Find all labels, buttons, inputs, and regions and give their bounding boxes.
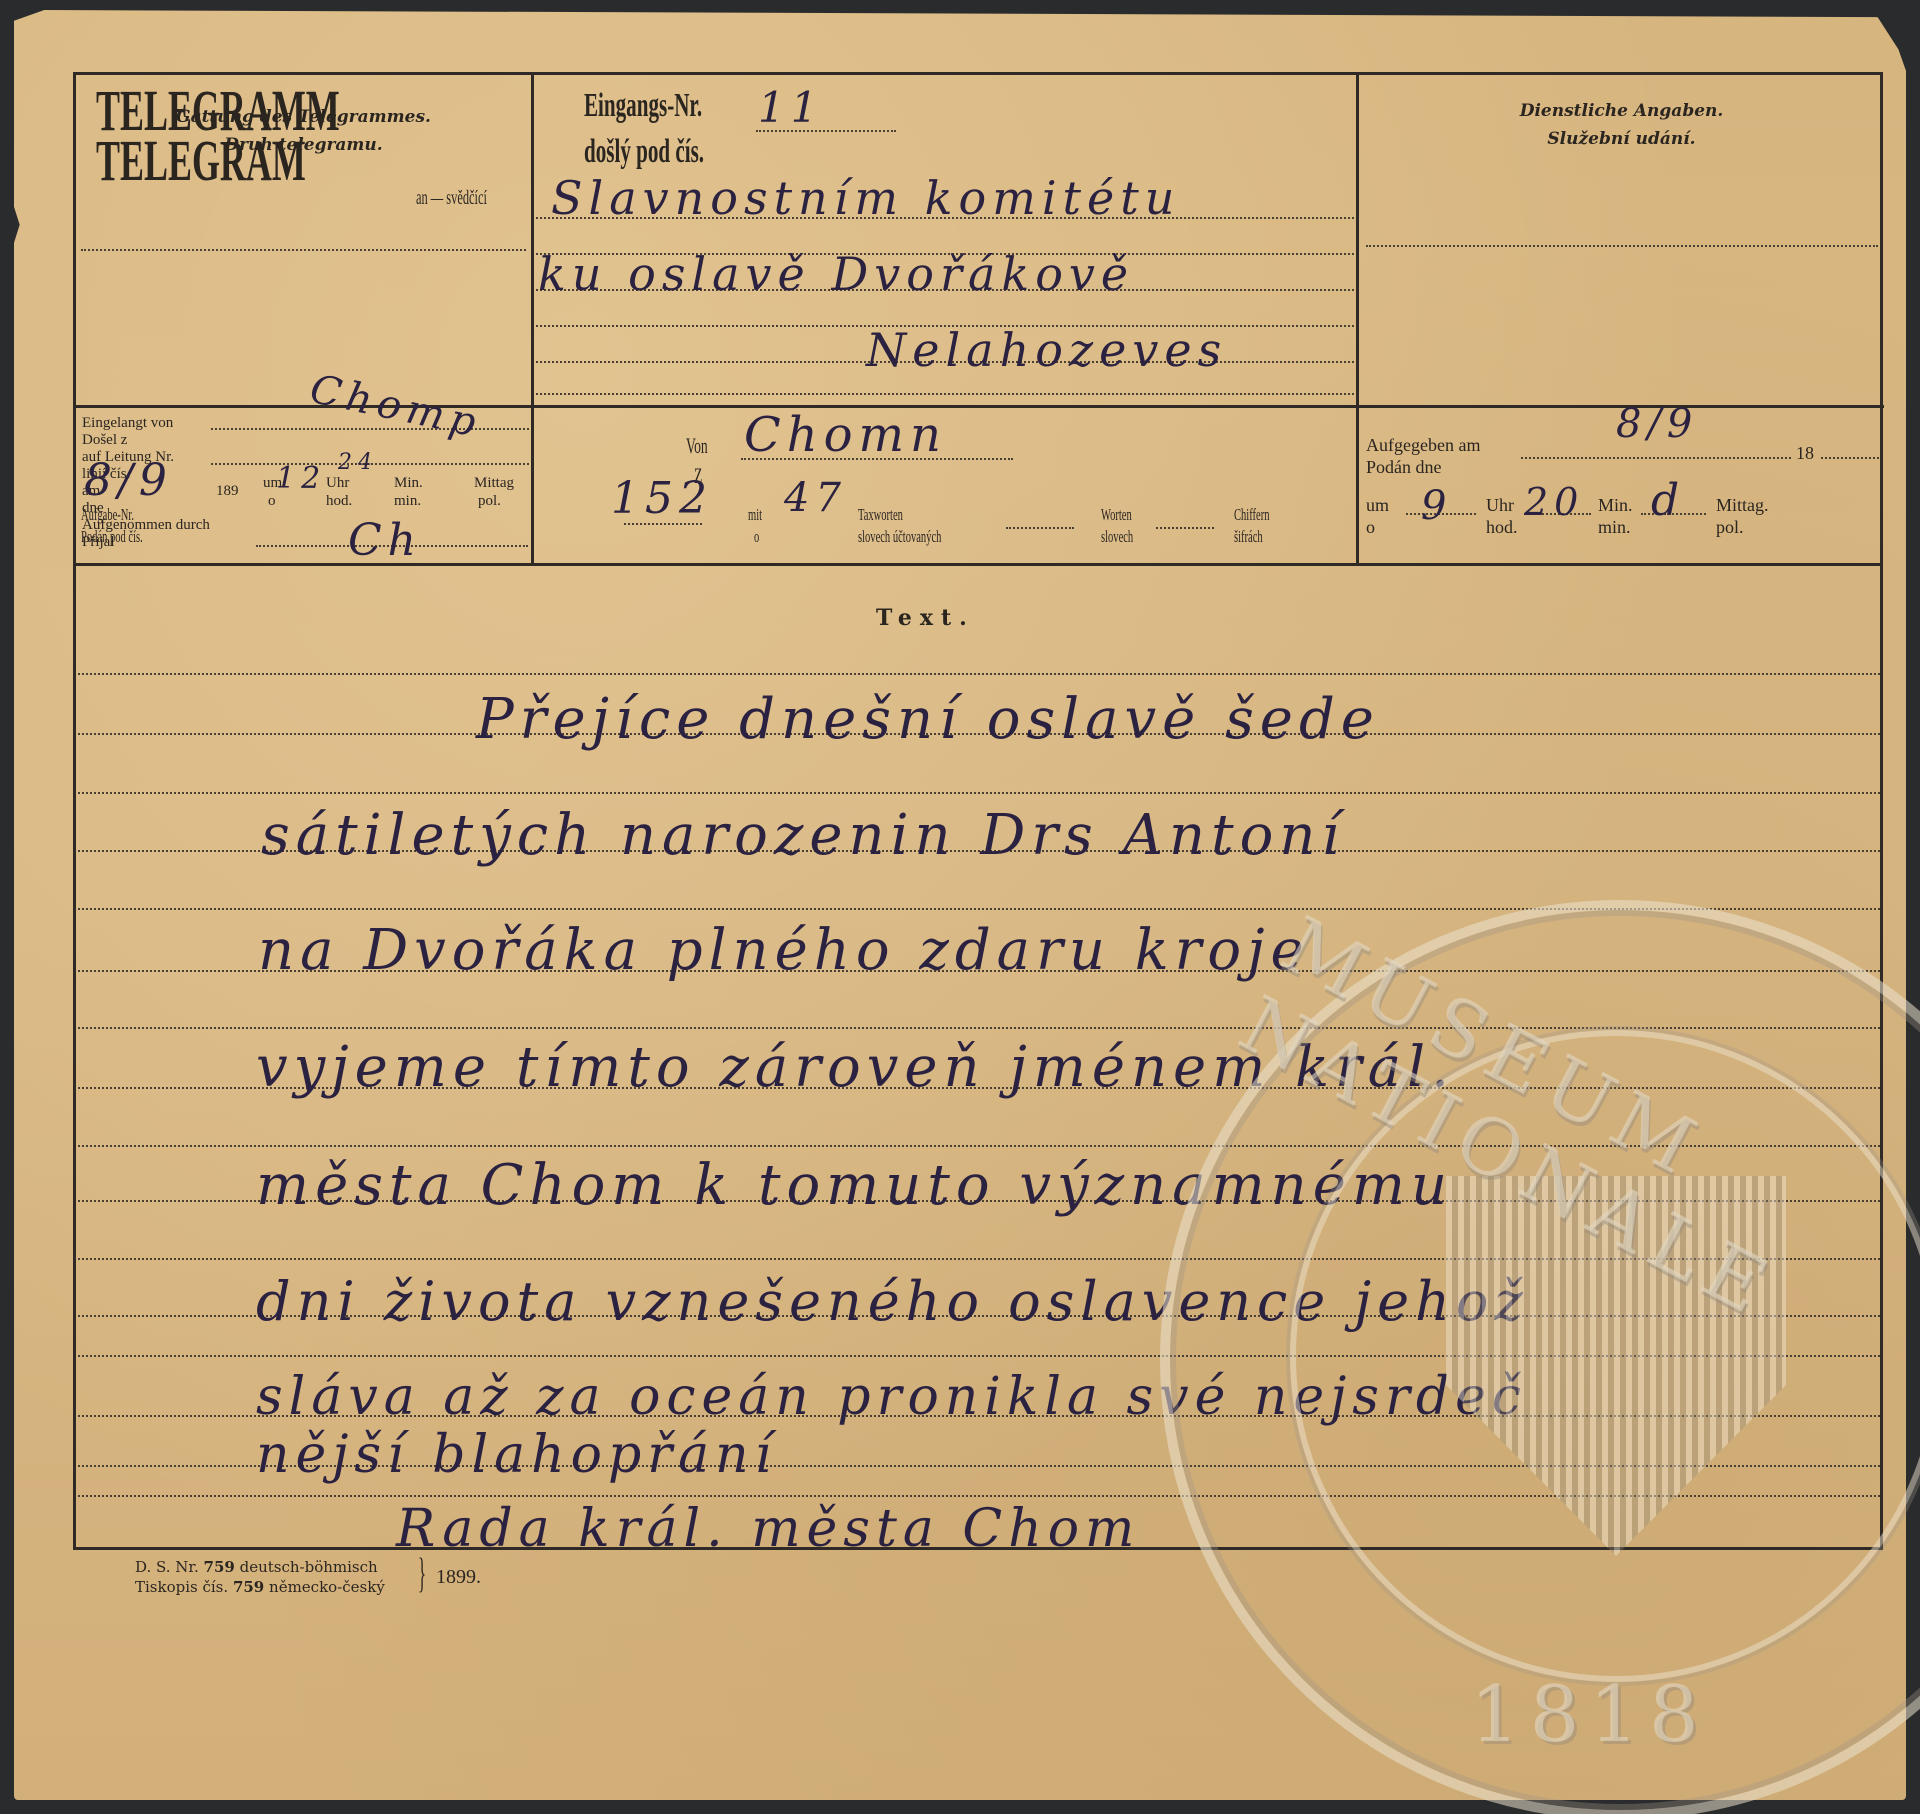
submitted-min-label-cs: min. [1598,517,1631,538]
received-noon-label-de: Mittag [474,475,514,492]
title-cs: TELEGRAM [96,127,306,194]
submitted-min-label-de: Min. [1598,495,1633,516]
text-rule-11 [78,1258,1880,1260]
rule-info-bottom [76,563,1881,566]
text-rule-7 [78,1027,1880,1029]
received-hour-label-cs: hod. [326,493,352,510]
origin-words-label-cs: slovech [1101,527,1133,547]
submitted-min-value[interactable]: 20 [1524,480,1584,524]
origin-number-value[interactable]: 152 [611,473,713,524]
submitted-time-label-cs: o [1366,517,1375,538]
footer-line-2: Tiskopis čís. 759 německo-český [135,1577,385,1597]
origin-tax-words-label-cs: slovech účtovaných [858,527,941,547]
entry-number-value[interactable]: 11 [758,83,823,132]
received-noon-label-cs: pol. [478,493,501,510]
received-min-label-de: Min. [394,475,423,492]
submitted-hour-value[interactable]: 9 [1421,483,1452,529]
submitted-noon-label-cs: pol. [1716,517,1744,538]
origin-cipher-label-de: Chiffern [1234,505,1270,525]
address-line-2[interactable]: ku oslavě Dvořákově [538,247,1134,301]
entry-number-label-cs: došlý pod čís. [584,133,704,171]
message-line-4[interactable]: vyjeme tímto zároveň jménem král. [256,1035,1455,1100]
received-min-label-cs: min. [394,493,421,510]
origin-cipher-label-cs: šifrách [1234,527,1263,547]
footer-line2-prefix: Tiskopis čís. [135,1578,228,1596]
right-header-de: Dienstliche Angaben. [1359,97,1884,125]
entry-number-dotline [756,130,896,132]
footer-line1-suffix: deutsch-böhmisch [240,1558,378,1576]
submitted-date-dotline [1521,457,1791,459]
origin-number-label-cs: Podán pod čís. [81,527,143,547]
origin-words-dotline [1006,527,1074,529]
submitted-time-label-de: um [1366,495,1389,516]
address-dotline-6 [536,393,1354,395]
received-time-label-cs: o [268,493,276,510]
received-hour-label-de: Uhr [326,475,349,492]
entry-number-label-de: Eingangs-Nr. [584,87,702,125]
received-date-value[interactable]: 8/9 [84,455,173,506]
received-hour-value[interactable]: 12 [276,461,326,496]
footer-line2-number: 759 [233,1578,264,1596]
message-line-7[interactable]: sláva až za oceán pronikla své nejsrdeč [256,1367,1527,1427]
text-rule-1 [78,673,1880,675]
received-min-value[interactable]: 24 [338,450,378,475]
origin-words-label-de: Worten [1101,505,1132,525]
text-rule-3 [78,792,1880,794]
origin-words-value[interactable]: 47 [784,475,847,521]
left-header-dotline [81,249,526,251]
footer-line1-prefix: D. S. Nr. [135,1558,199,1576]
origin-cipher-dotline [1156,527,1214,529]
footer-line2-suffix: německo-český [269,1578,385,1596]
text-rule-16 [78,1495,1880,1497]
text-rule-5 [78,908,1880,910]
origin-from-value[interactable]: Chomn [744,407,947,463]
received-from-label-de: Eingelangt von [82,415,210,432]
footer-line-1: D. S. Nr. 759 deutsch-böhmisch [135,1557,385,1577]
message-line-8[interactable]: nější blahopřání [256,1425,777,1485]
submitted-date-label-de: Aufgegeben am [1366,435,1480,456]
telegram-form: Gattung des Telegrammes. Druh telegramu.… [73,72,1883,1550]
origin-tax-words-label-de: Taxworten [858,505,903,525]
footer-year: 1899. [436,1566,481,1589]
submitted-date-value[interactable]: 8/9 [1616,401,1698,447]
right-header: Dienstliche Angaben. Služební udání. [1359,97,1884,153]
address-line-3[interactable]: Nelahozeves [866,323,1227,377]
origin-with-label-de: mit [748,505,762,525]
message-line-6[interactable]: dni života vznešeného oslavence jehož [256,1270,1529,1333]
text-rule-9 [78,1145,1880,1147]
received-from-label-cs: Došel z [82,432,210,449]
submitted-date-label-cs: Podán dne [1366,457,1442,478]
message-line-1[interactable]: Přejíce dnešní oslavě šede [476,687,1380,752]
message-signature[interactable]: Rada král. města Chom [396,1499,1140,1559]
divider-left [531,75,534,565]
text-rule-13 [78,1355,1880,1357]
submitted-noon-label-de: Mittag. [1716,495,1769,516]
right-header-dotline [1366,245,1878,247]
submitted-hour-label-de: Uhr [1486,495,1514,516]
submitted-noon-value[interactable]: d [1651,475,1685,526]
received-year-prefix: 189 [216,483,239,500]
right-header-cs: Služební udání. [1359,125,1884,153]
origin-from-label-de: Von [686,433,708,459]
submitted-year-prefix: 18 [1796,443,1814,464]
message-line-5[interactable]: města Chom k tomuto významnému [256,1153,1453,1218]
address-line-1[interactable]: Slavnostním komitétu [551,171,1180,225]
message-line-2[interactable]: sátiletých narozenin Drs Antoní [261,803,1345,868]
text-heading: Text. [876,605,975,631]
footer-line1-number: 759 [204,1558,235,1576]
received-from-value[interactable]: Chomp [306,366,486,447]
submitted-hour-label-cs: hod. [1486,517,1518,538]
origin-with-label-cs: o [754,527,759,547]
received-taken-value[interactable]: Ch [348,515,422,566]
footer-brace: } [418,1553,426,1595]
address-label: an — svědčící [416,187,487,210]
received-from-dotline [211,428,529,430]
submitted-year-dotline [1821,457,1879,459]
origin-number-label-de: Aufgabe-Nr. [81,505,134,525]
footer-print-info: D. S. Nr. 759 deutsch-böhmisch Tiskopis … [135,1557,385,1597]
message-line-3[interactable]: na Dvořáka plného zdaru kroje [258,918,1310,983]
